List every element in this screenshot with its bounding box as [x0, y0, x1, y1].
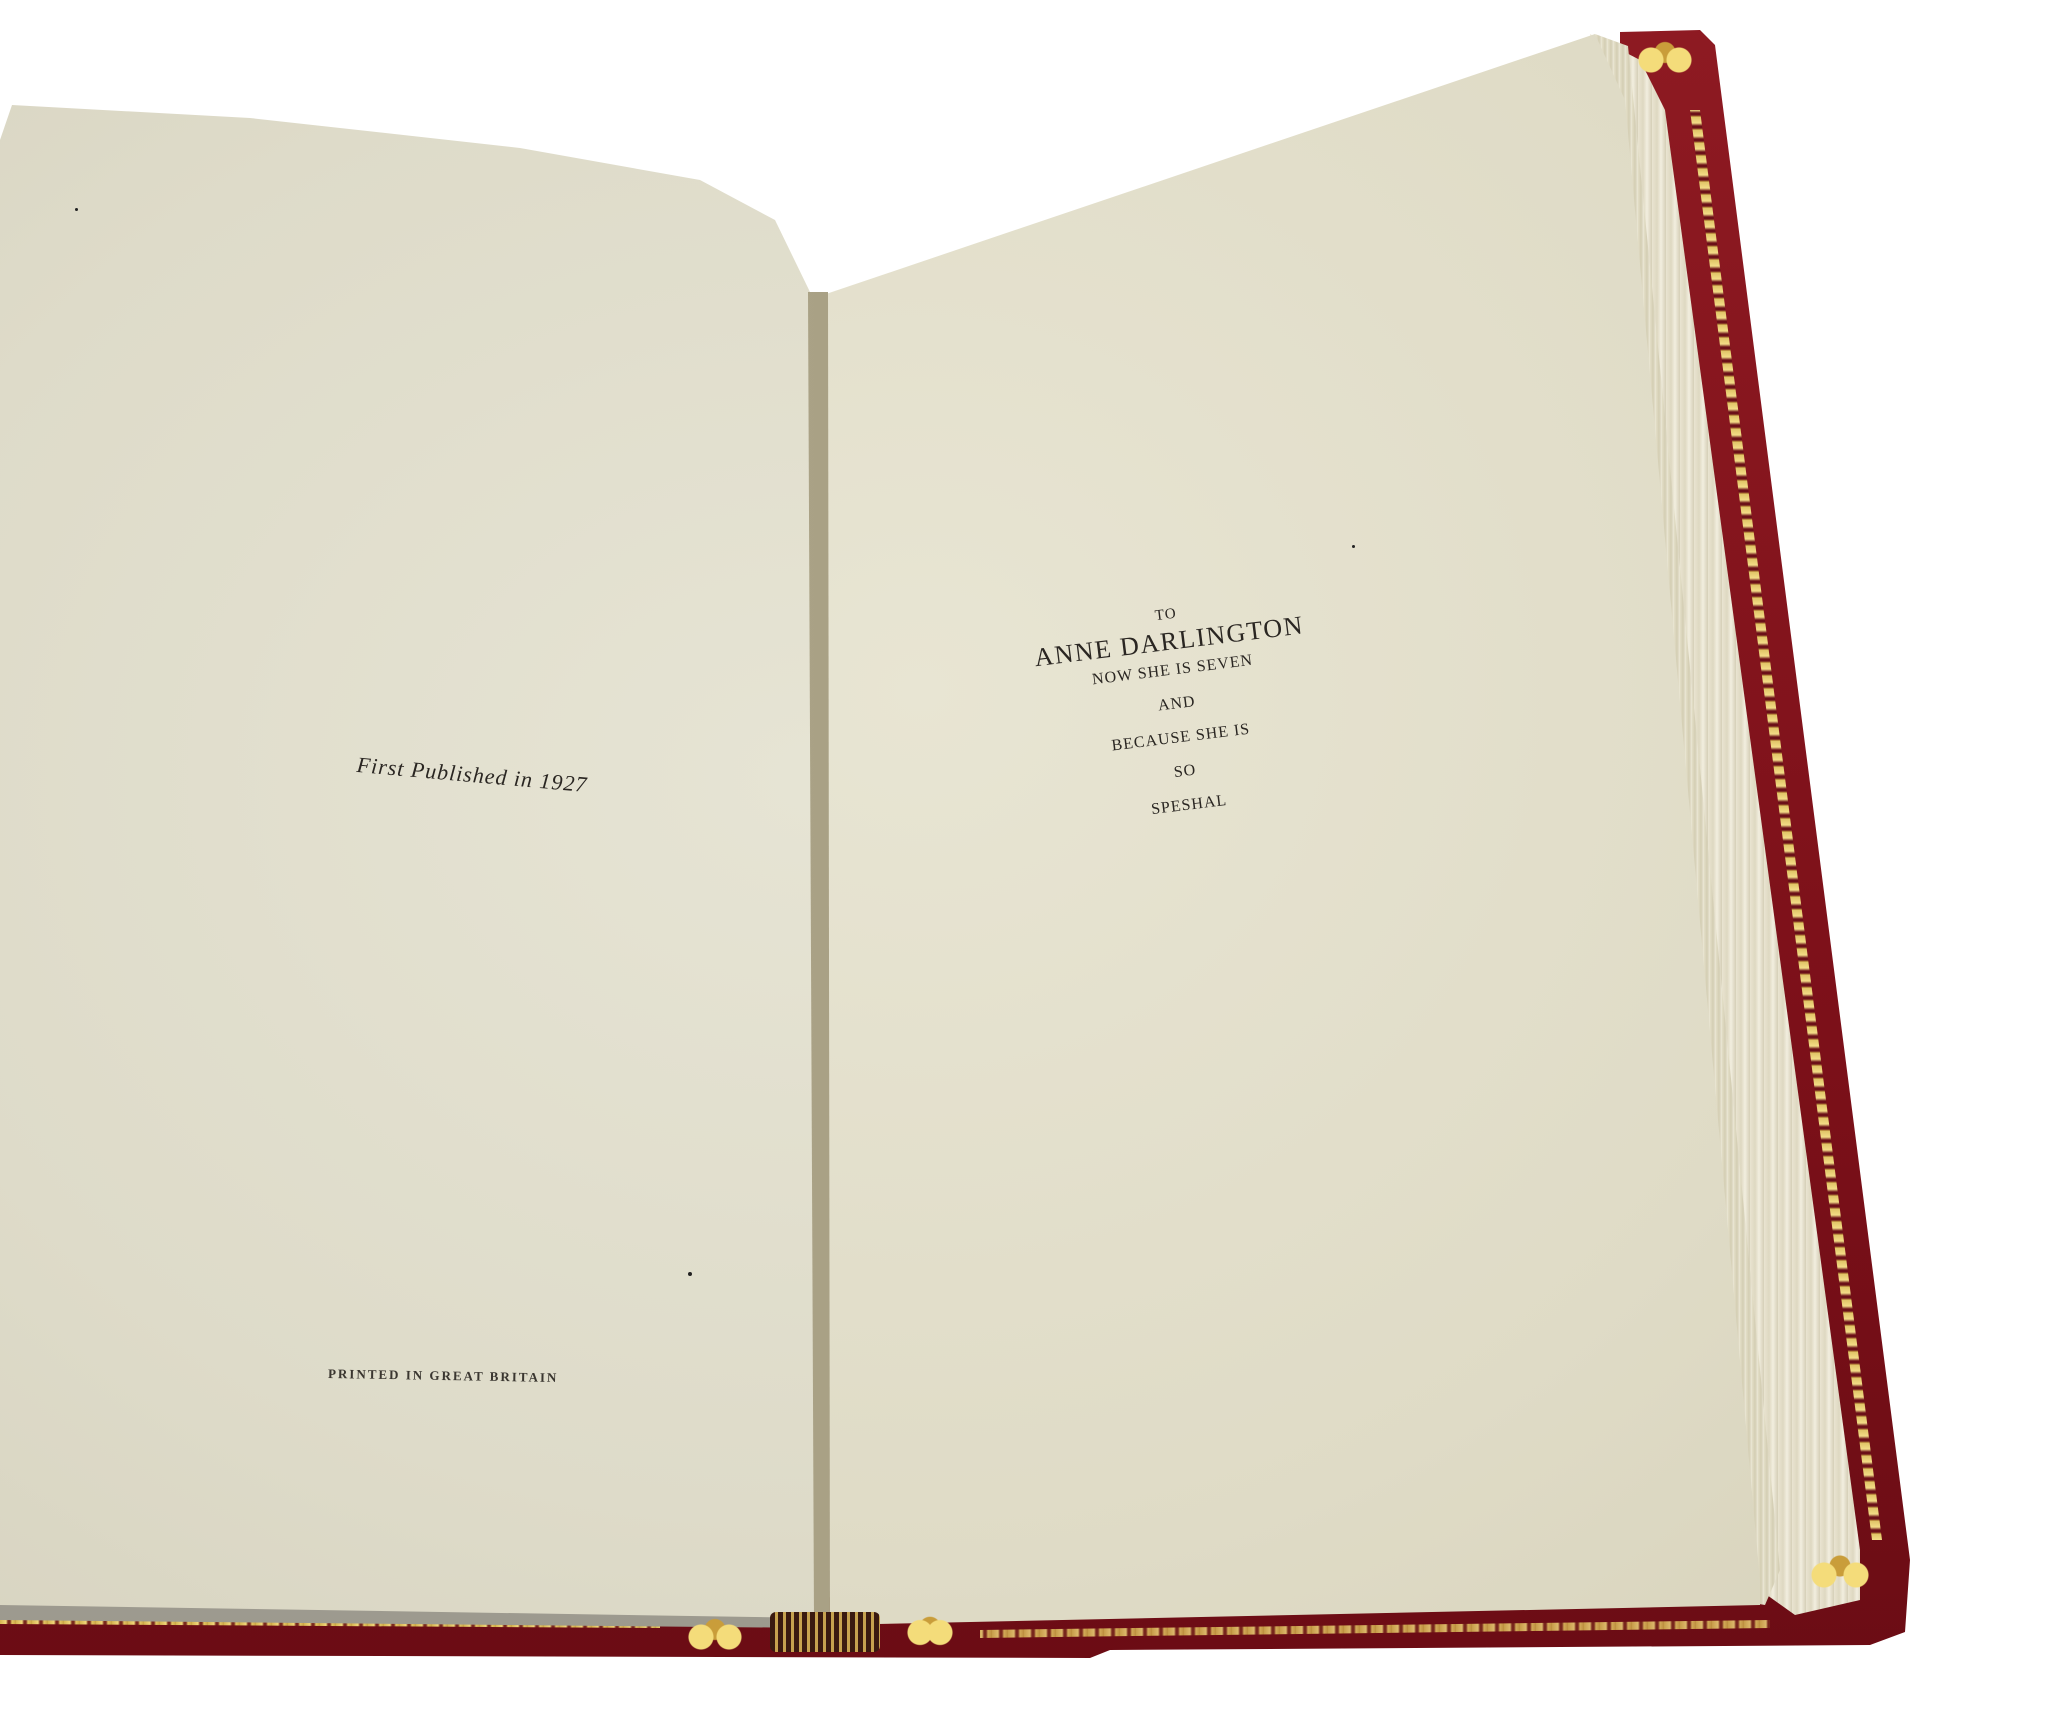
paper-speck — [75, 208, 78, 211]
paper-speck — [688, 1272, 692, 1276]
corner-ornament-bottom-right-icon — [1800, 1545, 1880, 1605]
paper-speck — [1352, 545, 1355, 548]
spine-headband — [770, 1612, 880, 1652]
corner-ornament-top-right-icon — [1630, 35, 1700, 85]
dedication-block: TO ANNE DARLINGTON NOW SHE IS SEVEN AND … — [1016, 590, 1341, 850]
spine-ornament-left-icon — [680, 1612, 750, 1662]
spine-ornament-right-icon — [905, 1615, 955, 1650]
